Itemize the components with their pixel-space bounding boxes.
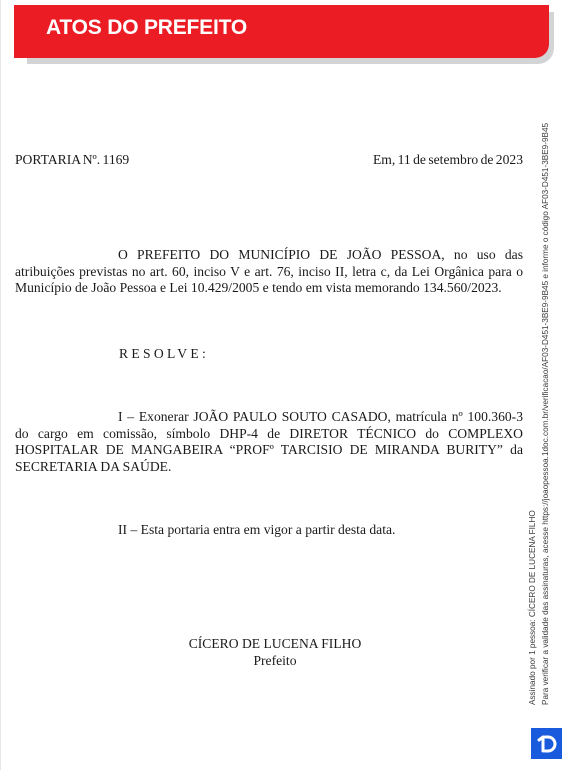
- signatory-name: CÍCERO DE LUCENA FILHO: [150, 636, 400, 653]
- portaria-date: Em, 11 de setembro de 2023: [373, 152, 523, 169]
- section-title: ATOS DO PREFEITO: [46, 16, 247, 40]
- preamble-paragraph: O PREFEITO DO MUNICÍPIO DE JOÃO PESSOA, …: [15, 247, 523, 297]
- article-2-paragraph: II – Esta portaria entra em vigor a part…: [15, 522, 523, 539]
- signatory-role: Prefeito: [150, 653, 400, 670]
- page-left-edge: [0, 0, 1, 770]
- resolve-heading: RESOLVE:: [119, 346, 209, 363]
- signature-stamp-signer: Assinado por 1 pessoa: CÍCERO DE LUCENA …: [528, 510, 537, 705]
- portaria-number: PORTARIA Nº. 1169: [15, 152, 129, 169]
- article-1-paragraph: I – Exonerar JOÃO PAULO SOUTO CASADO, ma…: [15, 409, 523, 475]
- signature-stamp-verification[interactable]: Para verificar a validade das assinatura…: [541, 123, 550, 705]
- 1doc-glyph-icon: [536, 733, 558, 755]
- 1doc-logo-icon: [531, 728, 562, 759]
- signature-block: CÍCERO DE LUCENA FILHO Prefeito: [150, 636, 400, 669]
